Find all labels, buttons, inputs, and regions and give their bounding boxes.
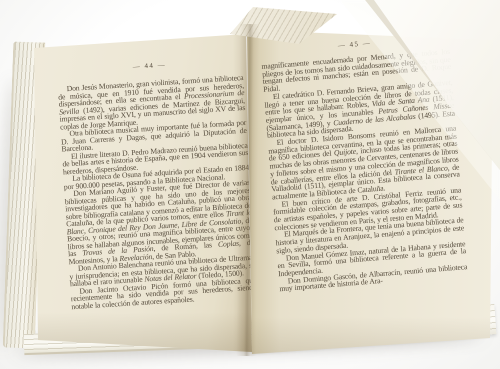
photo-background: — 44 — Don Jesús Monasterio, gran violin… — [0, 0, 500, 369]
spine-gutter-crease — [236, 24, 259, 356]
left-page: — 44 — Don Jesús Monasterio, gran violin… — [26, 30, 256, 358]
left-page-shading — [26, 30, 256, 358]
